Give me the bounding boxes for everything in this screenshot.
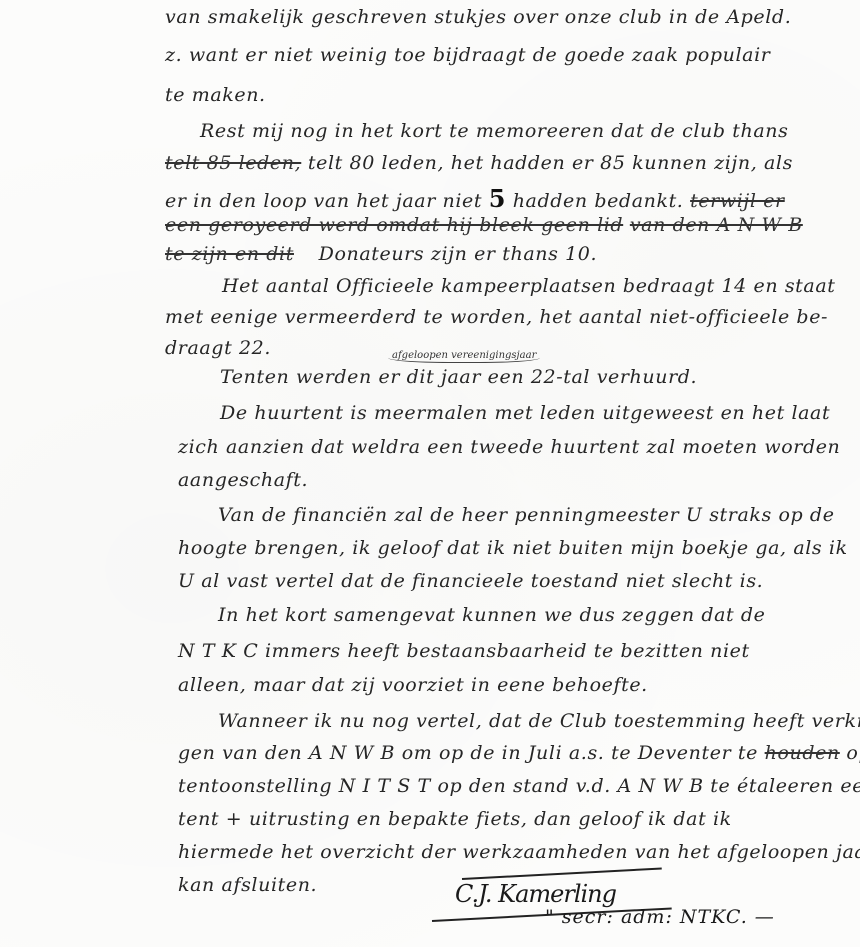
struck-text: een geroyeerd werd omdat hij bleek geen … bbox=[165, 214, 623, 236]
text-line: U al vast vertel dat de financieele toes… bbox=[178, 570, 763, 592]
text-line: De huurtent is meermalen met leden uitge… bbox=[220, 402, 830, 424]
text-fragment: hadden bedankt. bbox=[513, 190, 684, 212]
text-line: te maken. bbox=[165, 84, 266, 106]
text-line: N T K C immers heeft bestaansbaarheid te… bbox=[178, 640, 750, 662]
text-line: hiermede het overzicht der werkzaamheden… bbox=[178, 841, 860, 863]
text-line: Het aantal Officieele kampeerplaatsen be… bbox=[222, 275, 836, 297]
text-line: aangeschaft. bbox=[178, 469, 308, 491]
struck-text: van den A N W B bbox=[630, 214, 803, 236]
text-line: hoogte brengen, ik geloof dat ik niet bu… bbox=[178, 537, 848, 559]
text-fragment: openen bbox=[846, 742, 860, 764]
text-line: tentoonstelling N I T S T op den stand v… bbox=[178, 775, 860, 797]
text-fragment: telt 80 leden, het hadden er 85 kunnen z… bbox=[308, 152, 793, 174]
text-line: telt 85 leden, telt 80 leden, het hadden… bbox=[165, 152, 793, 174]
struck-text: telt 85 leden, bbox=[165, 152, 301, 174]
text-line: In het kort samengevat kunnen we dus zeg… bbox=[218, 604, 766, 626]
text-line: een geroyeerd werd omdat hij bleek geen … bbox=[165, 214, 803, 236]
text-fragment: gen van den A N W B om op de in Juli a.s… bbox=[178, 742, 758, 764]
text-line: Tenten werden er dit jaar een 22-tal ver… bbox=[220, 366, 697, 388]
text-line: zich aanzien dat weldra een tweede huurt… bbox=[178, 436, 840, 458]
text-line: er in den loop van het jaar niet 5 hadde… bbox=[165, 184, 785, 213]
text-line: Van de financiën zal de heer penningmees… bbox=[218, 504, 835, 526]
text-line: draagt 22. bbox=[165, 337, 271, 359]
interlinear-annotation: afgeloopen vereenigingsjaar bbox=[388, 350, 540, 363]
struck-text: terwijl er bbox=[690, 190, 785, 212]
text-line: gen van den A N W B om op de in Juli a.s… bbox=[178, 742, 860, 764]
struck-text: te zijn en dit bbox=[165, 243, 294, 265]
signature-title: " secr: adm: NTKC. — bbox=[545, 906, 775, 928]
text-line: kan afsluiten. bbox=[178, 874, 317, 896]
text-line: Wanneer ik nu nog vertel, dat de Club to… bbox=[218, 710, 860, 732]
text-line: met eenige vermeerderd te worden, het aa… bbox=[165, 306, 828, 328]
scanned-page: van smakelijk geschreven stukjes over on… bbox=[0, 0, 860, 947]
text-line: tent + uitrusting en bepakte fiets, dan … bbox=[178, 808, 732, 830]
text-line: te zijn en dit Donateurs zijn er thans 1… bbox=[165, 243, 597, 265]
signature: C.J. Kamerling bbox=[455, 880, 616, 908]
signature-flourish-top bbox=[462, 868, 662, 880]
struck-text: houden bbox=[765, 742, 840, 764]
text-line: van smakelijk geschreven stukjes over on… bbox=[165, 6, 791, 28]
text-line: z. want er niet weinig toe bijdraagt de … bbox=[165, 44, 770, 66]
text-fragment: Donateurs zijn er thans 10. bbox=[319, 243, 598, 265]
text-fragment: er in den loop van het jaar niet bbox=[165, 190, 482, 212]
text-line: alleen, maar dat zij voorziet in eene be… bbox=[178, 674, 648, 696]
text-line: Rest mij nog in het kort te memoreeren d… bbox=[200, 120, 788, 142]
emphasized-digit: 5 bbox=[489, 184, 506, 213]
